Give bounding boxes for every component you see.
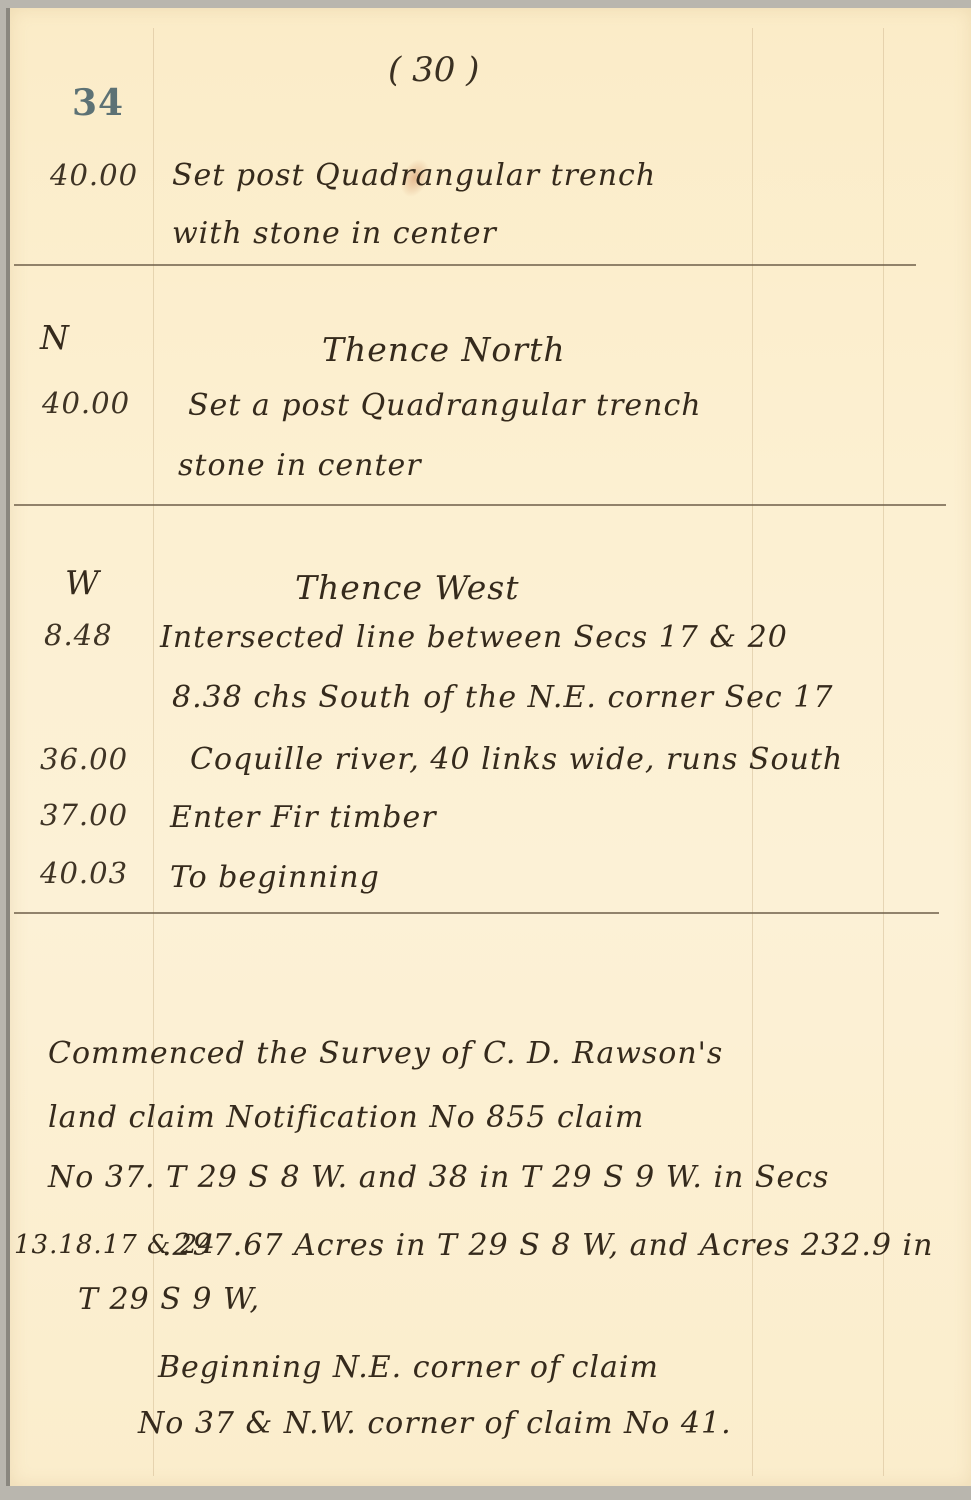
section-divider — [14, 264, 916, 266]
entry-text: Enter Fir timber — [170, 800, 437, 835]
entry-text: 8.38 chs South of the N.E. corner Sec 17 — [172, 680, 833, 715]
section-divider — [14, 504, 946, 506]
acres-line: T 29 S 9 W, — [78, 1282, 260, 1317]
entry-text: with stone in center — [172, 216, 497, 251]
page-number: 34 — [72, 82, 124, 124]
section-heading: Thence North — [322, 330, 566, 369]
direction-label: N — [40, 318, 70, 357]
folio-number: ( 30 ) — [388, 50, 479, 90]
direction-label: W — [65, 563, 100, 602]
beginning-line: No 37 & N.W. corner of claim No 41. — [138, 1406, 732, 1441]
distance-value: 40.00 — [50, 158, 138, 192]
entry-text: Set post Quadrangular trench — [172, 158, 656, 193]
note-line: Commenced the Survey of C. D. Rawson's — [48, 1036, 723, 1071]
entry-text: To beginning — [170, 860, 380, 895]
distance-value: 8.48 — [44, 618, 113, 652]
distance-value: 36.00 — [40, 742, 128, 776]
section-heading: Thence West — [295, 568, 520, 607]
entry-text: Intersected line between Secs 17 & 20 — [160, 620, 788, 655]
entry-text: Set a post Quadrangular trench — [188, 388, 702, 423]
section-divider — [14, 912, 939, 914]
distance-value: 40.03 — [40, 856, 128, 890]
note-line: land claim Notification No 855 claim — [48, 1100, 644, 1135]
note-line: No 37. T 29 S 8 W. and 38 in T 29 S 9 W.… — [48, 1160, 829, 1195]
distance-value: 40.00 — [42, 386, 130, 420]
entry-text: Coquille river, 40 links wide, runs Sout… — [190, 742, 843, 777]
entry-text: stone in center — [178, 448, 422, 483]
ledger-page: 34 ( 30 ) 40.00 Set post Quadrangular tr… — [6, 8, 971, 1486]
acres-line: .297.67 Acres in T 29 S 8 W, and Acres 2… — [162, 1228, 933, 1263]
distance-value: 37.00 — [40, 798, 128, 832]
beginning-line: Beginning N.E. corner of claim — [158, 1350, 659, 1385]
